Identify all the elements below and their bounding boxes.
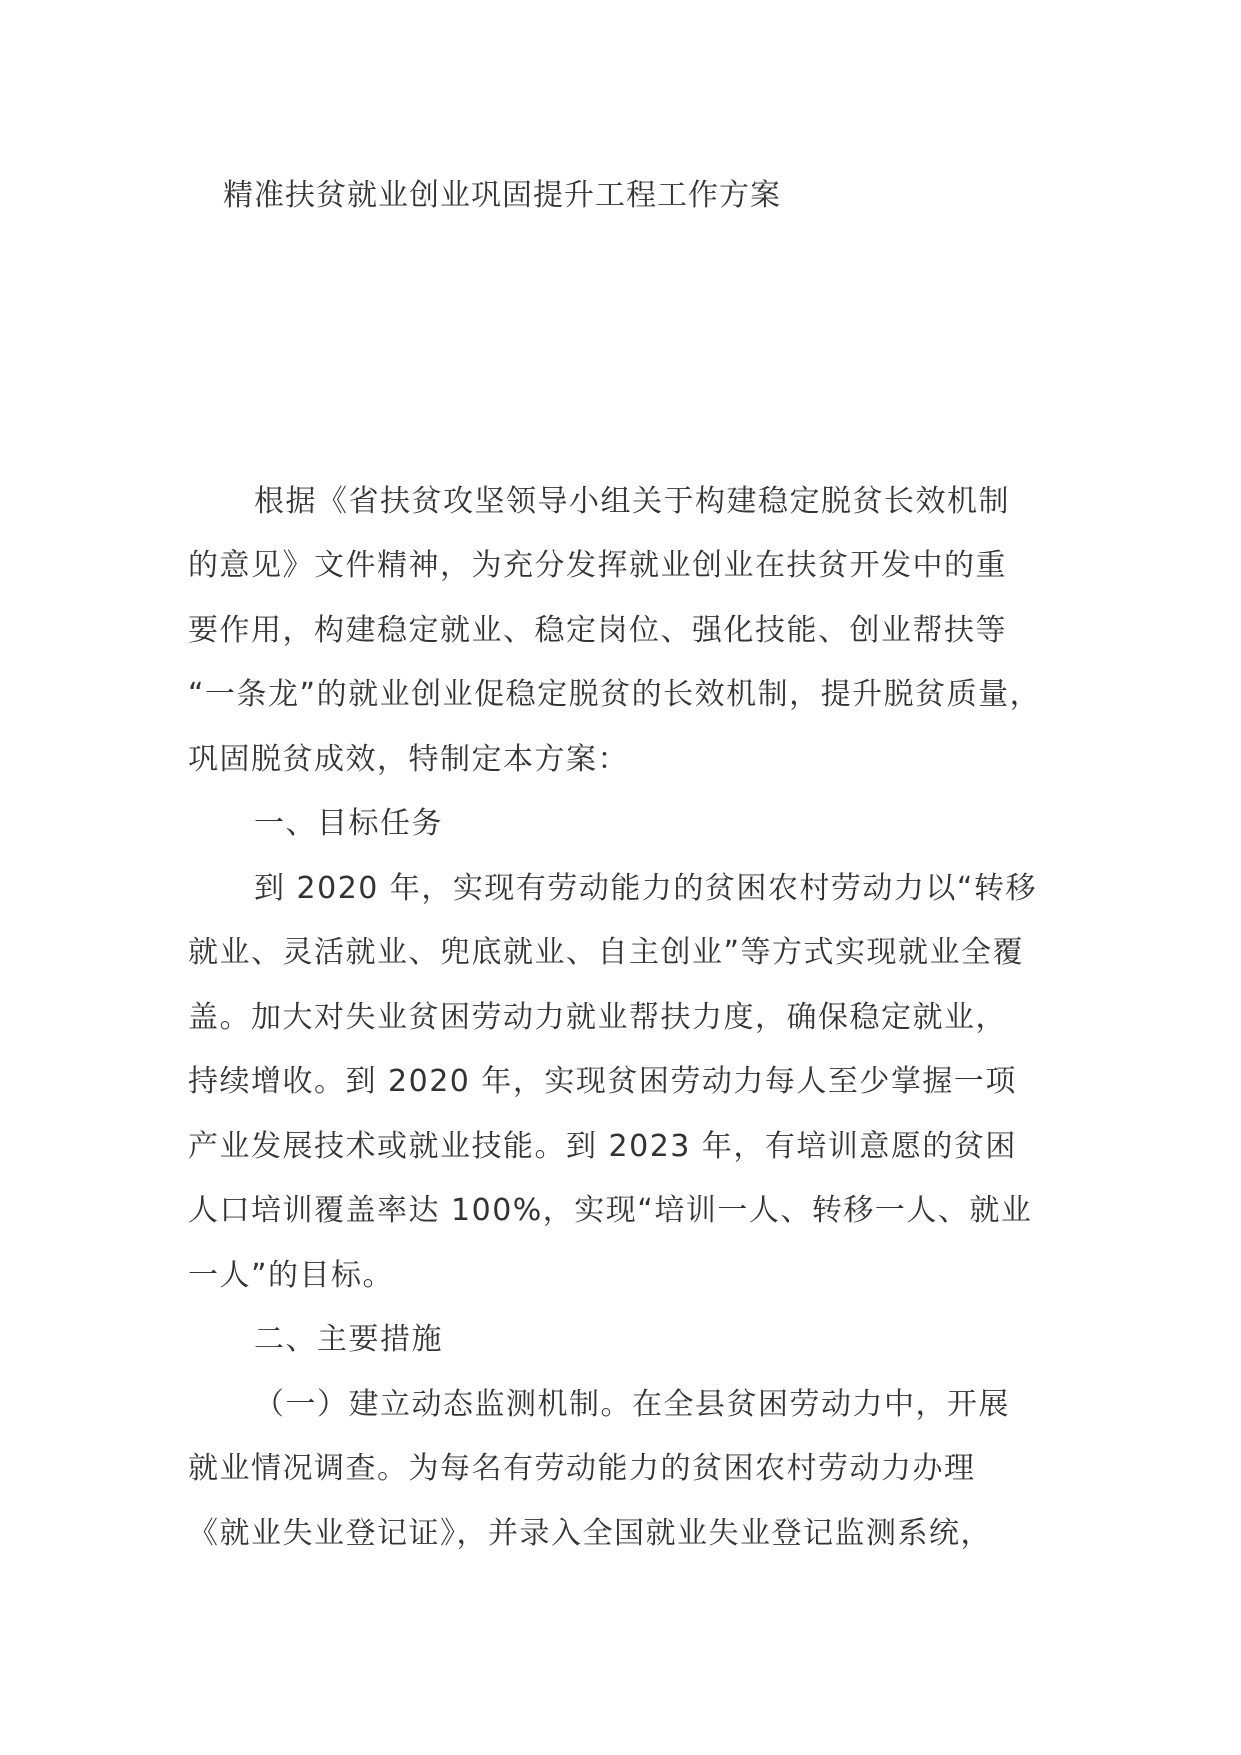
paragraph-line: 到 2020 年，实现有劳动能力的贫困农村劳动力以“转移 xyxy=(254,869,1037,909)
paragraph-line: 要作用，构建稳定就业、稳定岗位、强化技能、创业帮扶等 xyxy=(188,611,1007,651)
document-title: 精准扶贫就业创业巩固提升工程工作方案 xyxy=(223,176,781,216)
paragraph-line: 《就业失业登记证》，并录入全国就业失业登记监测系统， xyxy=(188,1514,992,1554)
section-heading-goals: 一、目标任务 xyxy=(254,804,443,844)
paragraph-line: 持续增收。到 2020 年，实现贫困劳动力每人至少掌握一项 xyxy=(188,1062,1017,1102)
paragraph-line: 的意见》文件精神，为充分发挥就业创业在扶贫开发中的重 xyxy=(188,546,1007,586)
paragraph-line: 就业、灵活就业、兜底就业、自主创业”等方式实现就业全覆 xyxy=(188,933,1024,973)
paragraph-line: 巩固脱贫成效，特制定本方案： xyxy=(188,740,629,780)
paragraph-line: “一条龙”的就业创业促稳定脱贫的长效机制，提升脱贫质量， xyxy=(188,675,1041,715)
paragraph-line: 根据《省扶贫攻坚领导小组关于构建稳定脱贫长效机制 xyxy=(254,482,1010,522)
paragraph-line: 人口培训覆盖率达 100%，实现“培训一人、转移一人、就业 xyxy=(188,1191,1032,1231)
paragraph-line: 一人”的目标。 xyxy=(188,1256,394,1296)
paragraph-line: 就业情况调查。为每名有劳动能力的贫困农村劳动力办理 xyxy=(188,1449,976,1489)
paragraph-line: 产业发展技术或就业技能。到 2023 年，有培训意愿的贫困 xyxy=(188,1127,1017,1167)
paragraph-line: 盖。加大对失业贫困劳动力就业帮扶力度，确保稳定就业， xyxy=(188,998,1007,1038)
document-page: 精准扶贫就业创业巩固提升工程工作方案 根据《省扶贫攻坚领导小组关于构建稳定脱贫长… xyxy=(0,0,1241,1755)
paragraph-line: （一）建立动态监测机制。在全县贫困劳动力中，开展 xyxy=(254,1385,1010,1425)
section-heading-measures: 二、主要措施 xyxy=(254,1320,443,1360)
